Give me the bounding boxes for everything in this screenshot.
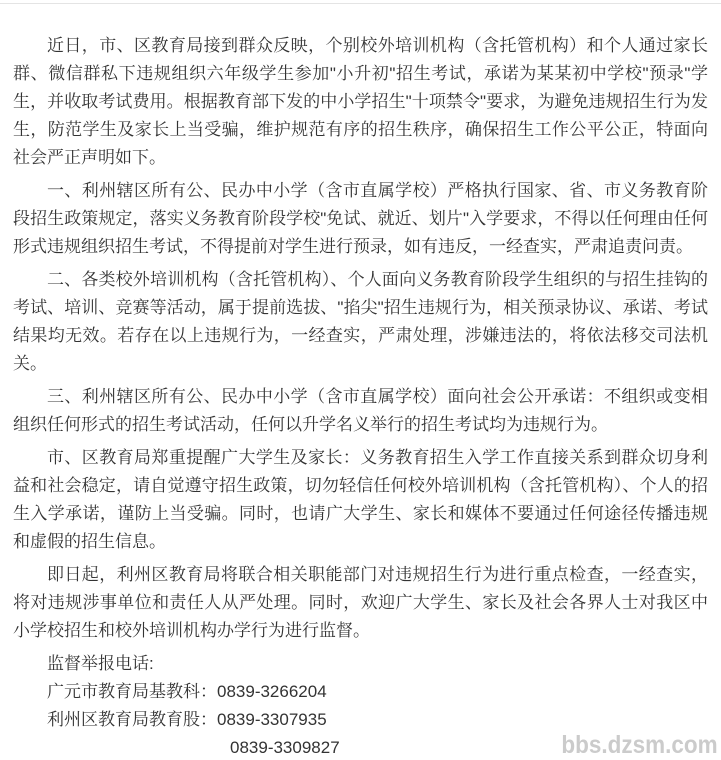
paragraph-rule-1: 一、利州辖区所有公、民办中小学（含市直属学校）严格执行国家、省、市义务教育阶段招… (13, 177, 708, 261)
hotline-title: 监督举报电话: (13, 650, 708, 678)
paragraph-enforcement: 即日起，利州区教育局将联合相关职能部门对违规招生行为进行重点检查，一经查实，将对… (13, 561, 708, 645)
paragraph-rule-3: 三、利州辖区所有公、民办中小学（含市直属学校）面向社会公开承诺：不组织或变相组织… (13, 383, 708, 439)
hotline-phone-city: 广元市教育局基教科：0839-3266204 (13, 678, 708, 706)
announcement-body: 近日，市、区教育局接到群众反映，个别校外培训机构（含托管机构）和个人通过家长群、… (0, 0, 721, 760)
hotline-phone-district: 利州区教育局教育股：0839-3307935 (13, 706, 708, 734)
paragraph-reminder: 市、区教育局郑重提醒广大学生及家长：义务教育招生入学工作直接关系到群众切身利益和… (13, 444, 708, 556)
paragraph-rule-2: 二、各类校外培训机构（含托管机构）、个人面向义务教育阶段学生组织的与招生挂钩的考… (13, 266, 708, 378)
watermark-text: bbs.dzsm.com (562, 733, 718, 758)
paragraph-intro: 近日，市、区教育局接到群众反映，个别校外培训机构（含托管机构）和个人通过家长群、… (13, 32, 708, 172)
